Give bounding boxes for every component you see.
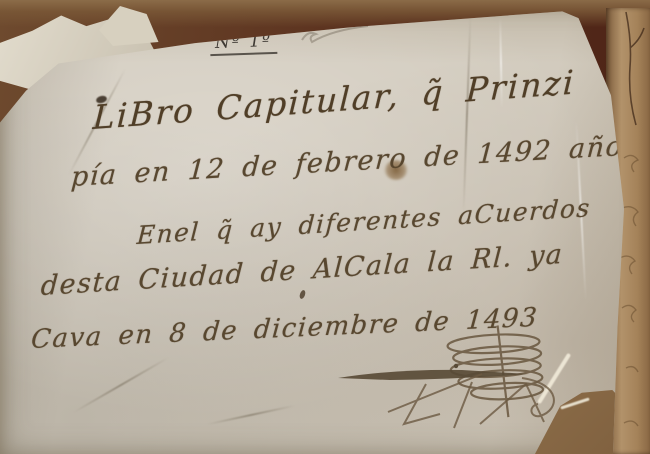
manuscript-line: LiBro Capitular, q̃ Prinzi xyxy=(92,62,576,137)
paper-crease xyxy=(207,405,295,426)
manuscript-line: pía en 12 de febrero de 1492 años xyxy=(70,130,640,193)
ink-speck xyxy=(299,289,307,299)
paper-crease xyxy=(463,14,472,214)
paper-crease xyxy=(73,357,169,414)
manuscript-page: Nº 1º LiBro Capitular, q̃ Prinzi pía en … xyxy=(0,0,650,454)
manuscript-photograph: Nº 1º LiBro Capitular, q̃ Prinzi pía en … xyxy=(0,0,650,454)
rubric-flourish xyxy=(330,322,575,452)
